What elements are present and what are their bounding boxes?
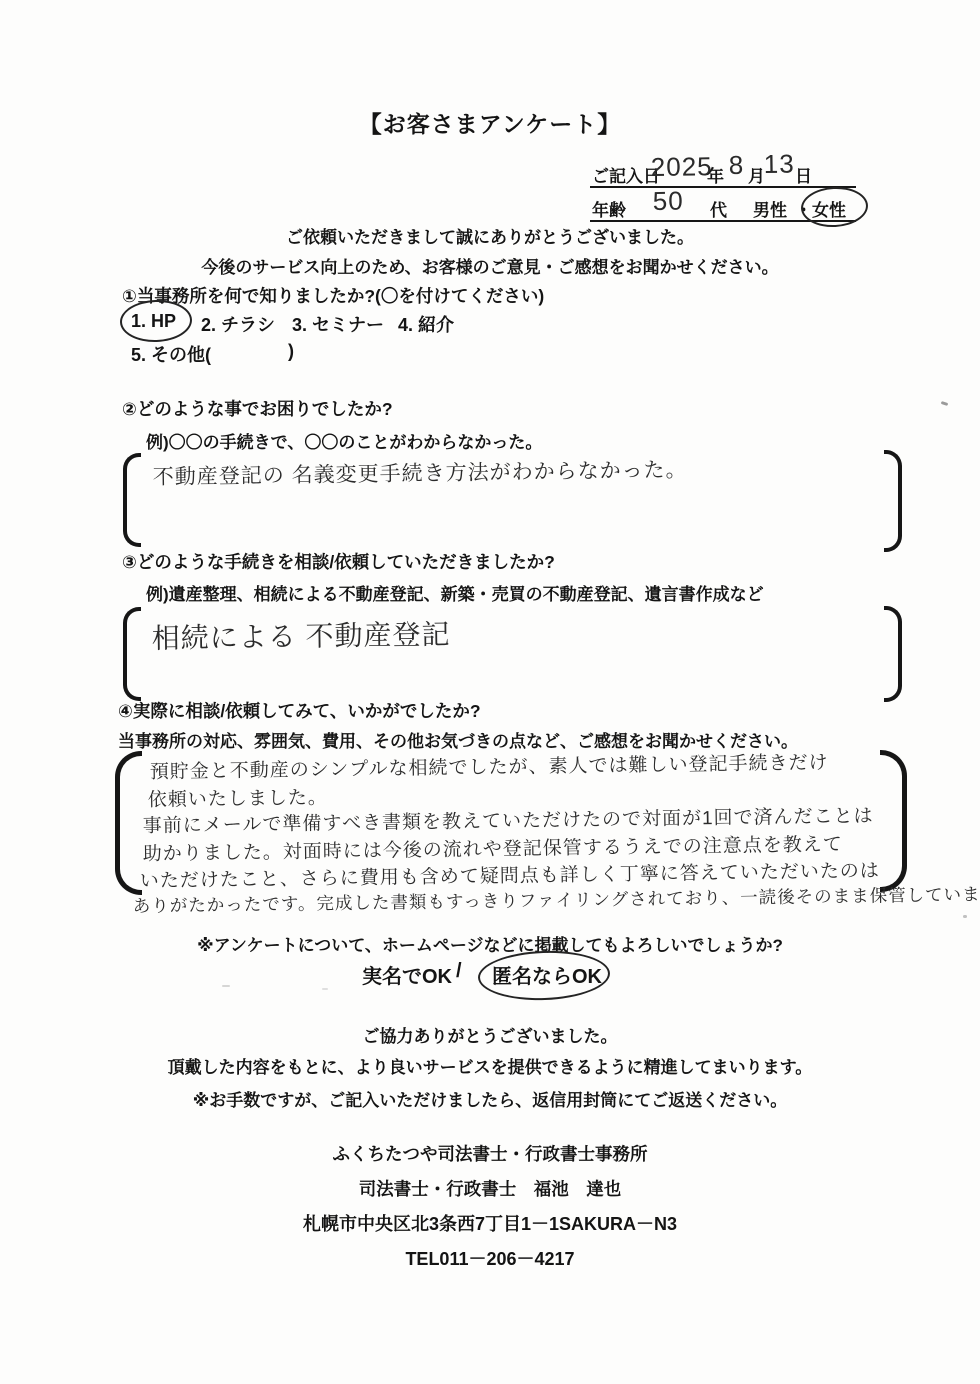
q4-title: ④実際に相談/依頼してみて、いかがでしたか?: [118, 698, 481, 723]
consent-separator: /: [456, 960, 462, 983]
q2-example: 例)〇〇の手続きで、〇〇のことがわからなかった。: [146, 428, 542, 453]
scan-noise: [322, 988, 328, 990]
entry-month-unit: 月: [748, 162, 765, 187]
intro-line-2: 今後のサービス向上のため、お客様のご意見・ご感想をお聞かせください。: [0, 253, 980, 278]
entry-day-value: 13: [764, 149, 795, 180]
q2-answer-text: 不動産登記の 名義変更手続き方法がわからなかった。: [153, 454, 688, 491]
page-title: 【お客さまアンケート】: [0, 106, 980, 139]
entry-year-value: 2025: [651, 151, 713, 183]
q2-answer-bracket-left: [123, 453, 141, 547]
age-label: 年齢: [592, 196, 626, 221]
closing-line-1: ご協力ありがとうございました。: [0, 1022, 980, 1047]
intro-line-1: ご依頼いただきまして誠にありがとうございました。: [0, 223, 980, 248]
scan-noise: [963, 915, 967, 918]
footer-tel: TEL011－206－4217: [0, 1245, 980, 1271]
q3-example: 例)遺産整理、相続による不動産登記、新築・売買の不動産登記、遺言書作成など: [146, 580, 764, 605]
q1-option-flyer: 2. チラシ: [201, 311, 275, 337]
entry-day-unit: 日: [795, 162, 812, 187]
q3-answer-bracket-left: [123, 607, 141, 701]
gender-male-label: 男性: [753, 196, 787, 221]
age-value: 50: [653, 186, 684, 217]
entry-month-value: 8: [729, 150, 745, 181]
q2-title: ②どのような事でお困りでしたか?: [122, 396, 393, 421]
footer-office-name: ふくちたつや司法書士・行政書士事務所: [0, 1141, 980, 1166]
entry-year-unit: 年: [707, 162, 724, 187]
q1-option-referral: 4. 紹介: [398, 311, 454, 337]
hp-circle-annotation: [119, 299, 192, 343]
scan-noise: [941, 401, 949, 406]
closing-line-2: 頂戴した内容をもとに、より良いサービスを提供できるように精進してまいります。: [0, 1053, 980, 1078]
footer-representative: 司法書士・行政書士 福池 達也: [0, 1176, 980, 1201]
q3-answer-text: 相続による 不動産登記: [151, 613, 450, 657]
consent-real-name-option: 実名でOK: [362, 960, 452, 989]
scan-noise: [222, 985, 230, 987]
anonymous-circle-annotation: [477, 949, 611, 1003]
survey-page: 【お客さまアンケート】 ご記入日 2025 年 8 月 13 日 年齢 50 代…: [0, 0, 980, 1384]
consent-note: ※アンケートについて、ホームページなどに掲載してもよろしいでしょうか?: [0, 931, 980, 956]
q2-answer-bracket-right: [884, 450, 902, 552]
q4-answer-line: 依頼いたしました。: [148, 782, 328, 812]
q1-other-label: 5. その他(: [131, 341, 211, 367]
q3-title: ③どのような手続きを相談/依頼していただきましたか?: [122, 549, 555, 574]
q4-answer-line: 預貯金と不動産のシンプルな相続でしたが、素人では難しい登記手続きだけ: [150, 748, 829, 784]
q4-answer-bracket-right: [880, 750, 907, 892]
q4-answer-bracket-left: [115, 751, 142, 895]
q3-answer-bracket-right: [884, 606, 902, 702]
closing-line-3: ※お手数ですが、ご記入いただけましたら、返信用封筒にてご返送ください。: [0, 1086, 980, 1111]
q1-option-seminar: 3. セミナー: [292, 311, 384, 337]
q1-other-close: ): [288, 341, 294, 362]
q1-title: ①当事務所を何で知りましたか?(〇を付けてください): [122, 283, 544, 308]
footer-address: 札幌市中央区北3条西7丁目1－1SAKURA－N3: [0, 1210, 980, 1236]
q4-subtitle: 当事務所の対応、雰囲気、費用、その他お気づきの点など、ご感想をお聞かせください。: [118, 727, 798, 752]
age-unit: 代: [710, 196, 727, 221]
